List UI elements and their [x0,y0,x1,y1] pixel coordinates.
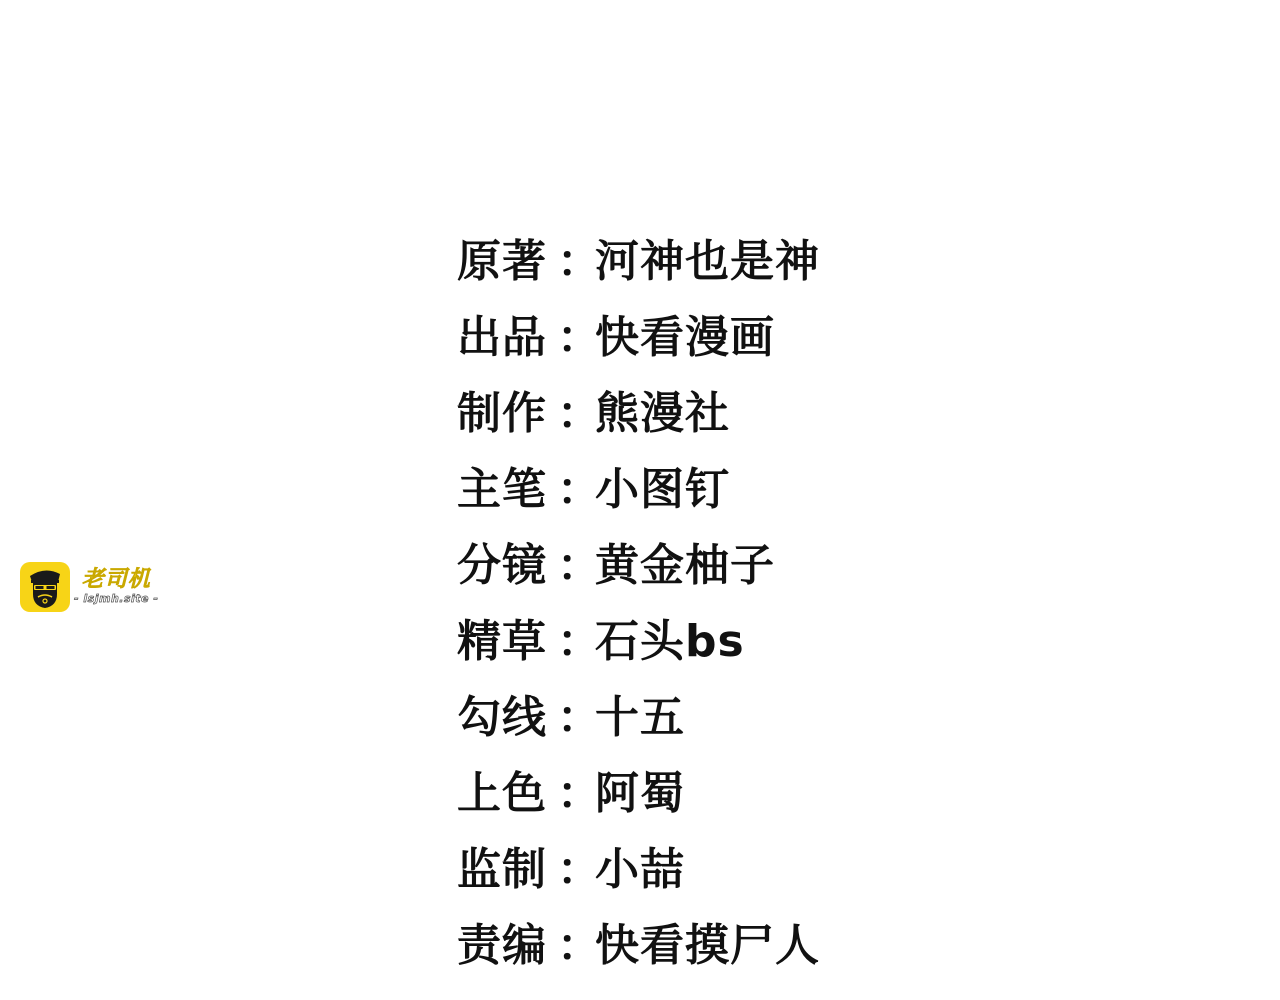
credit-value: 阿蜀 [595,772,685,816]
credit-label: 原著 [457,240,557,284]
credit-value: 小喆 [595,848,685,892]
credit-colon: ： [557,544,595,588]
credit-value: 快看漫画 [595,316,775,360]
credit-label: 精草 [457,620,557,664]
credit-value: 黄金柚子 [595,544,775,588]
credit-label: 监制 [457,848,557,892]
credit-row-original-author: 原著 ： 河神也是神 [457,224,820,300]
credit-value: 小图钉 [595,468,730,512]
credit-value: 十五 [595,696,685,740]
credit-colon: ： [557,848,595,892]
credit-label: 分镜 [457,544,557,588]
credit-label: 出品 [457,316,557,360]
credit-colon: ： [557,240,595,284]
credit-label: 勾线 [457,696,557,740]
site-watermark: 老司机 - lsjmh.site - [20,562,172,612]
credit-row-production: 制作 ： 熊漫社 [457,376,820,452]
credit-colon: ： [557,316,595,360]
watermark-logo-badge [20,562,70,612]
credit-row-publisher: 出品 ： 快看漫画 [457,300,820,376]
credit-row-supervisor: 监制 ： 小喆 [457,832,820,908]
credit-colon: ： [557,620,595,664]
credit-colon: ： [557,772,595,816]
credit-value: 河神也是神 [595,240,820,284]
credit-label: 主笔 [457,468,557,512]
credit-row-rough-sketch: 精草 ： 石头bs [457,604,820,680]
credit-label: 制作 [457,392,557,436]
credit-value: 熊漫社 [595,392,730,436]
credits-list: 原著 ： 河神也是神 出品 ： 快看漫画 制作 ： 熊漫社 主笔 ： 小图钉 分… [457,224,820,984]
watermark-site: - lsjmh.site - [74,592,158,606]
credit-value: 快看摸尸人 [595,924,820,968]
credit-colon: ： [557,392,595,436]
credit-row-line-art: 勾线 ： 十五 [457,680,820,756]
watermark-brand: 老司机 [82,568,151,592]
credit-label: 责编 [457,924,557,968]
watermark-text-group: 老司机 - lsjmh.site - [74,568,158,606]
credit-colon: ： [557,696,595,740]
credit-label: 上色 [457,772,557,816]
credit-colon: ： [557,924,595,968]
credit-row-lead-artist: 主笔 ： 小图钉 [457,452,820,528]
credit-row-storyboard: 分镜 ： 黄金柚子 [457,528,820,604]
credit-colon: ： [557,468,595,512]
credit-value: 石头bs [595,620,745,664]
credit-row-editor: 责编 ： 快看摸尸人 [457,908,820,984]
credit-row-coloring: 上色 ： 阿蜀 [457,756,820,832]
